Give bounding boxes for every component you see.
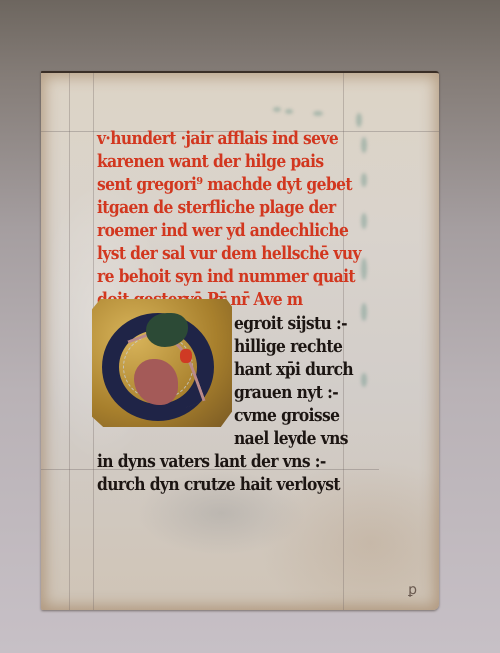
show-through-ink	[361, 137, 367, 153]
rubric-line: itgaen de sterfliche plage der	[97, 196, 336, 218]
show-through-ink	[361, 213, 367, 229]
rubric-line: karenen want der hilge pais	[97, 150, 324, 172]
show-through-ink	[361, 373, 367, 387]
text-line: nael leyde vns	[234, 427, 348, 449]
rubric-line: re behoit syn ind nummer quait	[97, 265, 355, 287]
ruling-line	[343, 73, 344, 610]
illuminated-initial	[92, 299, 232, 427]
rubric-line: roemer ind wer yd andechliche	[97, 219, 348, 241]
corner-pencil-mark: ꝑ	[408, 582, 417, 598]
show-through-ink	[356, 113, 362, 127]
text-line: hant xp̄i durch	[234, 358, 353, 380]
initial-red-sprig	[180, 349, 192, 363]
rubric-line: v·hundert ·jair afflais ind seve	[97, 127, 338, 149]
text-line: hillige rechte	[234, 335, 342, 357]
show-through-ink	[285, 109, 293, 114]
rubric-line: sent gregori⁹ machde dyt gebet	[97, 173, 352, 195]
show-through-ink	[361, 173, 367, 187]
ruling-line	[69, 73, 70, 610]
show-through-ink	[361, 303, 367, 321]
text-line: in dyns vaters lant der vns :-	[97, 450, 326, 472]
text-line: cvme groisse	[234, 404, 339, 426]
manuscript-leaf: v·hundert ·jair afflais ind seve karenen…	[41, 71, 439, 610]
text-line: egroit sijstu :-	[234, 312, 347, 334]
show-through-ink	[361, 258, 367, 280]
show-through-ink	[273, 107, 281, 112]
text-line: grauen nyt :-	[234, 381, 338, 403]
show-through-ink	[313, 111, 323, 116]
rubric-line: lyst der sal vur dem hellschē vuy	[97, 242, 361, 264]
text-line: durch dyn crutze hait verloyst	[97, 473, 340, 495]
